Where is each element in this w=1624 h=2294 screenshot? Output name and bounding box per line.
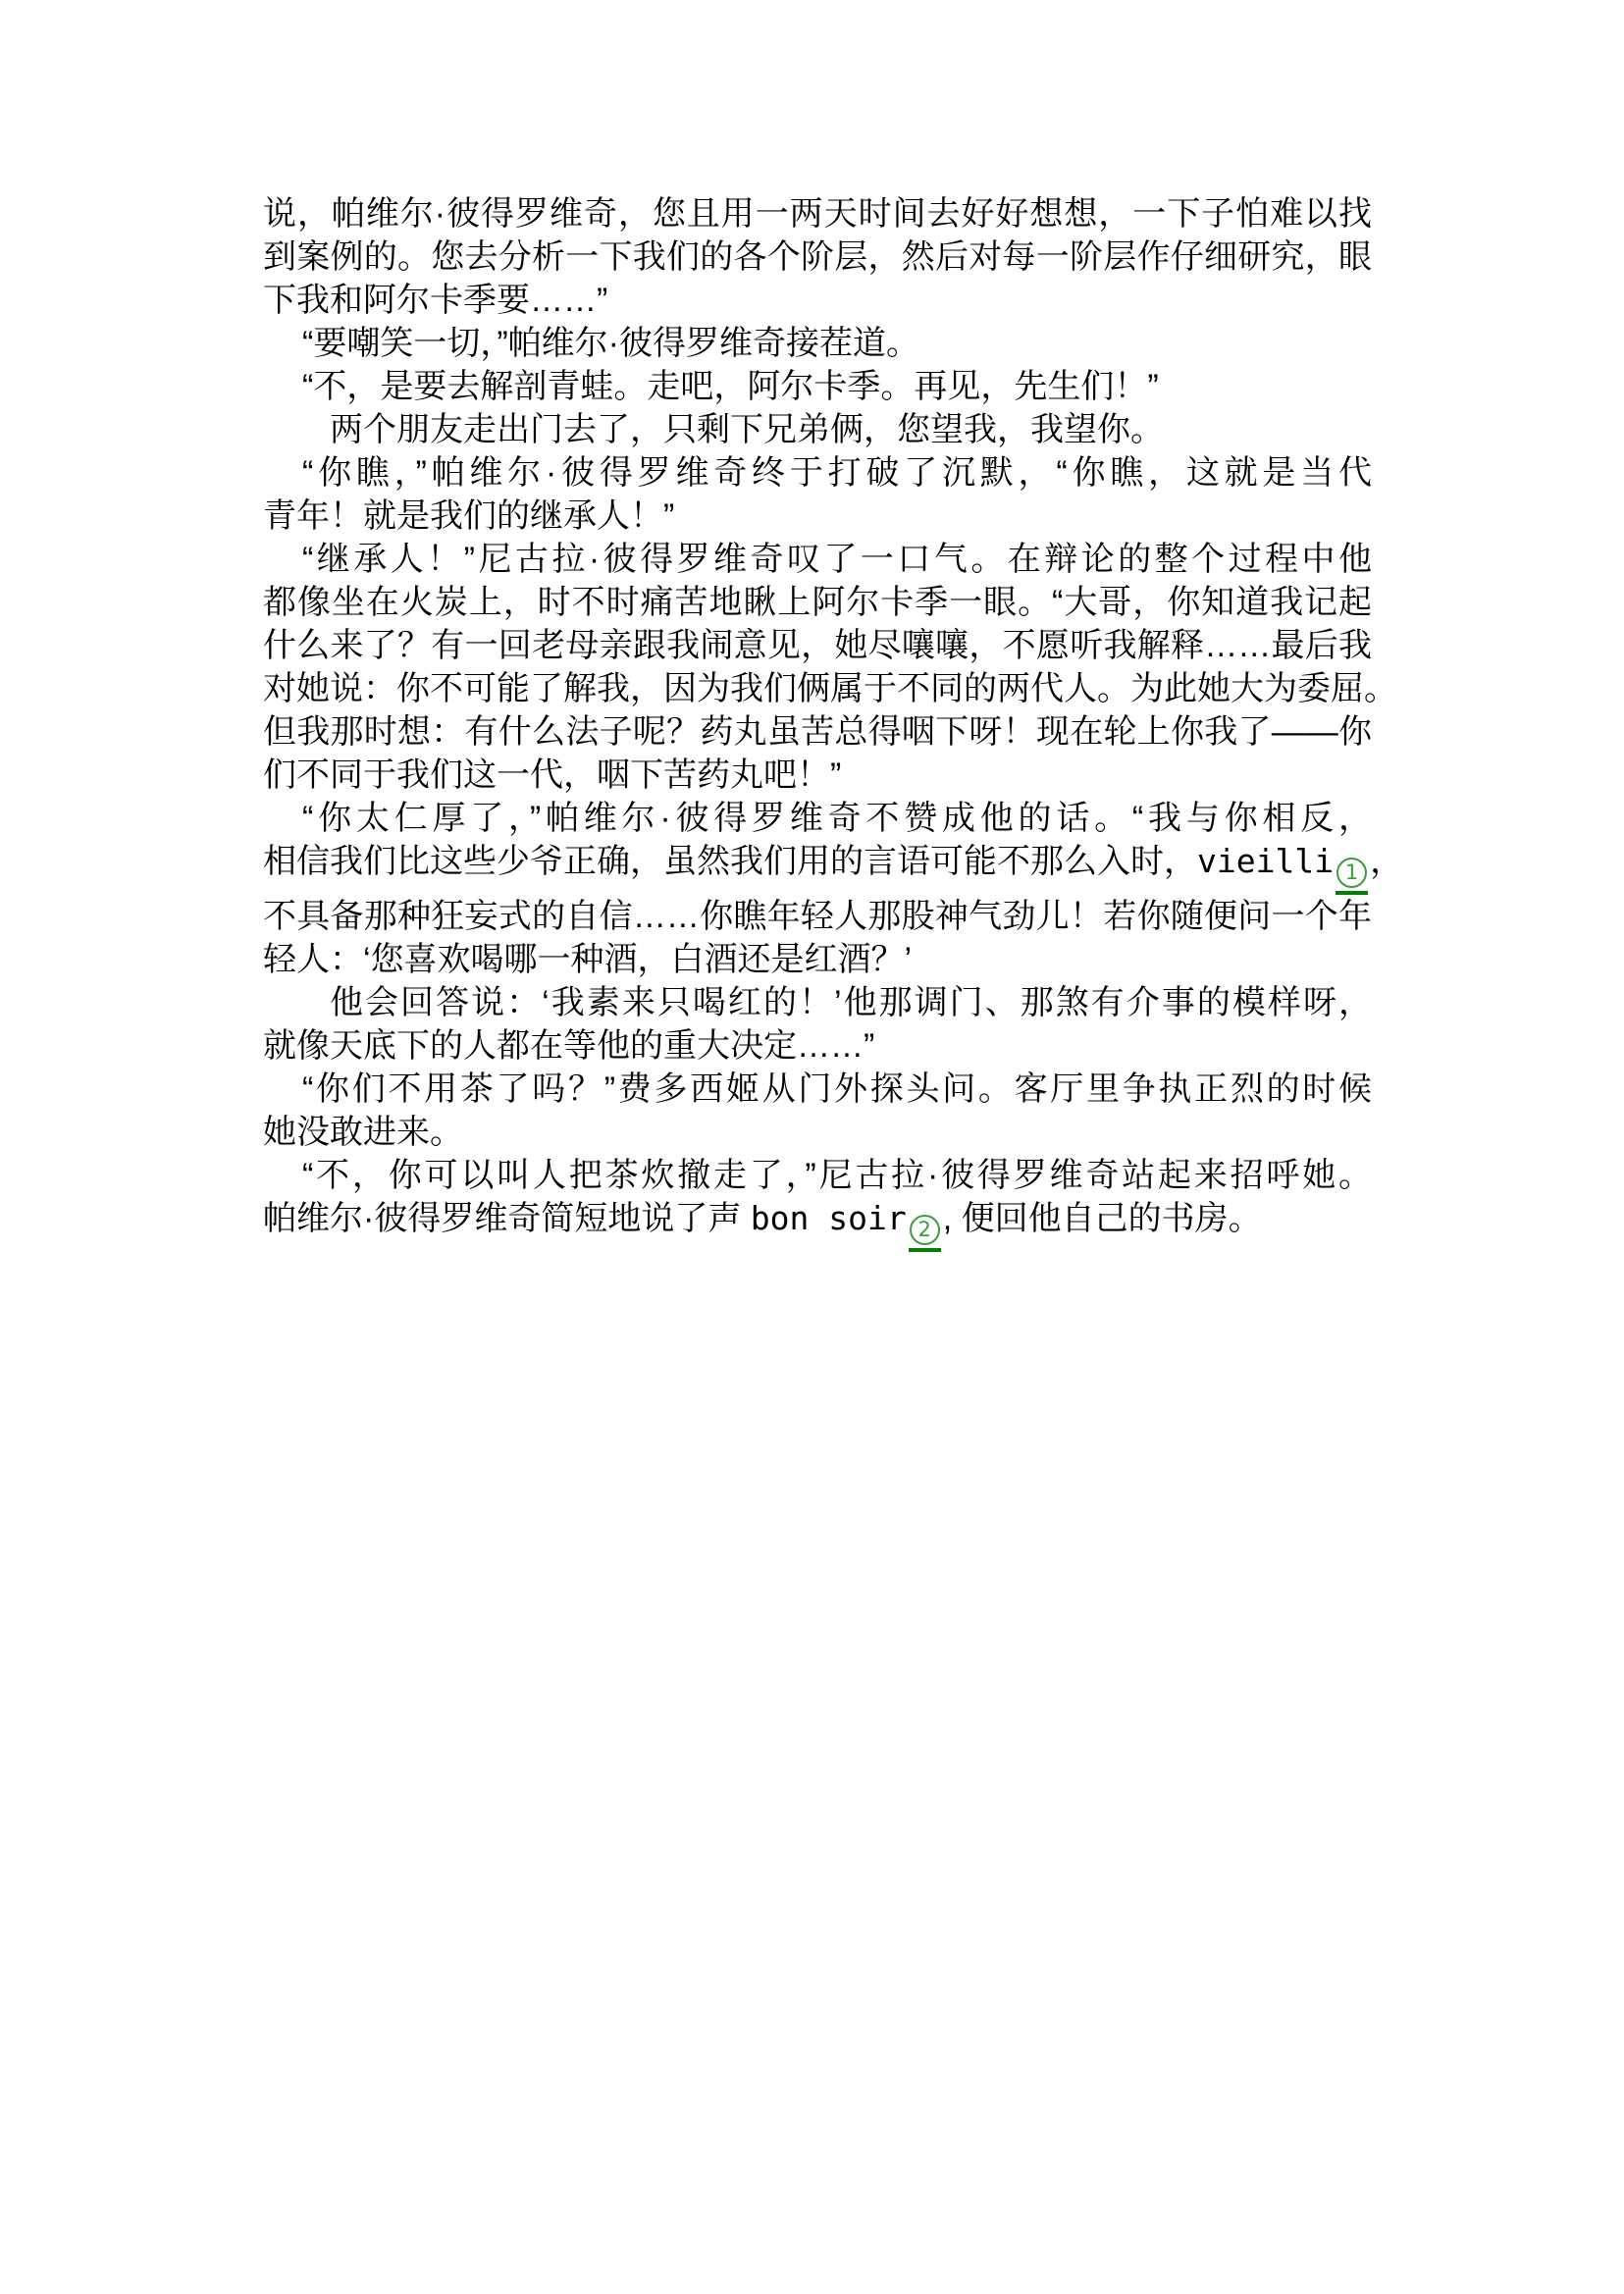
text-line: 都像坐在火炭上，时不时痛苦地瞅上阿尔卡季一眼。“大哥，你知道我记起 xyxy=(263,581,1372,624)
text-line: 帕维尔·彼得罗维奇简短地说了声 bon soir2, 便回他自己的书房。 xyxy=(263,1197,1372,1252)
french-phrase: bon soir xyxy=(751,1199,907,1237)
text-line: 对她说：你不可能了解我，因为我们俩属于不同的两代人。为此她大为委屈。 xyxy=(263,667,1372,710)
text-line: 到案例的。您去分析一下我们的各个阶层，然后对每一阶层作仔细研究，眼 xyxy=(263,235,1372,279)
text-line: 不具备那种狂妄式的自信……你瞧年轻人那股神气劲儿！若你随便问一个年 xyxy=(263,895,1372,938)
text-line: “要嘲笑一切，”帕维尔·彼得罗维奇接茬道。 xyxy=(263,322,1372,365)
text-line: 两个朋友走出门去了，只剩下兄弟俩，您望我，我望你。 xyxy=(263,408,1372,451)
footnote-link-1[interactable]: 1 xyxy=(1336,847,1368,895)
text-line: 轻人：‘您喜欢喝哪一种酒，白酒还是红酒？’ xyxy=(263,938,1372,981)
text-line: “你们不用茶了吗？”费多西姬从门外探头问。客厅里争执正烈的时候 xyxy=(263,1068,1372,1111)
text-line: 什么来了？有一回老母亲跟我闹意见，她尽嚷嚷，不愿听我解释……最后我 xyxy=(263,624,1372,667)
text-segment: ， xyxy=(1370,843,1403,880)
footnote-number: 1 xyxy=(1336,858,1367,888)
french-word: vieilli xyxy=(1197,842,1334,880)
page-background: 说，帕维尔·彼得罗维奇，您且用一两天时间去好好想想，一下子怕难以找 到案例的。您… xyxy=(0,0,1624,2294)
text-line: 就像天底下的人都在等他的重大决定……” xyxy=(263,1024,1372,1068)
text-line: “不，是要去解剖青蛙。走吧，阿尔卡季。再见，先生们！” xyxy=(263,365,1372,408)
document-page: { "page": { "background": "#ffffff", "te… xyxy=(0,0,1624,2294)
text-line: 但我那时想：有什么法子呢？药丸虽苦总得咽下呀！现在轮上你我了——你 xyxy=(263,710,1372,754)
footnote-number: 2 xyxy=(910,1215,940,1245)
text-line: 他会回答说：‘我素来只喝红的！’他那调门、那煞有介事的模样呀， xyxy=(263,981,1372,1024)
text-line: 相信我们比这些少爷正确，虽然我们用的言语可能不那么入时，vieilli1， xyxy=(263,840,1372,895)
text-line: 她没敢进来。 xyxy=(263,1111,1372,1154)
text-line: “继承人！”尼古拉·彼得罗维奇叹了一口气。在辩论的整个过程中他 xyxy=(263,538,1372,581)
text-line: “不，你可以叫人把茶炊撤走了，”尼古拉·彼得罗维奇站起来招呼她。 xyxy=(263,1154,1372,1197)
text-line: 们不同于我们这一代，咽下苦药丸吧！” xyxy=(263,754,1372,797)
text-line: “你太仁厚了，”帕维尔·彼得罗维奇不赞成他的话。“我与你相反， xyxy=(263,797,1372,840)
text-block: 说，帕维尔·彼得罗维奇，您且用一两天时间去好好想想，一下子怕难以找 到案例的。您… xyxy=(263,192,1372,1252)
text-segment: 相信我们比这些少爷正确，虽然我们用的言语可能不那么入时， xyxy=(263,843,1197,880)
text-line: 下我和阿尔卡季要……” xyxy=(263,279,1372,322)
text-line: 青年！就是我们的继承人！” xyxy=(263,495,1372,538)
text-segment: 帕维尔·彼得罗维奇简短地说了声 xyxy=(263,1200,751,1237)
text-segment: , 便回他自己的书房。 xyxy=(943,1200,1262,1237)
text-line: “你瞧，”帕维尔·彼得罗维奇终于打破了沉默，“你瞧，这就是当代 xyxy=(263,451,1372,495)
text-line: 说，帕维尔·彼得罗维奇，您且用一两天时间去好好想想，一下子怕难以找 xyxy=(263,192,1372,235)
footnote-link-2[interactable]: 2 xyxy=(909,1204,941,1252)
